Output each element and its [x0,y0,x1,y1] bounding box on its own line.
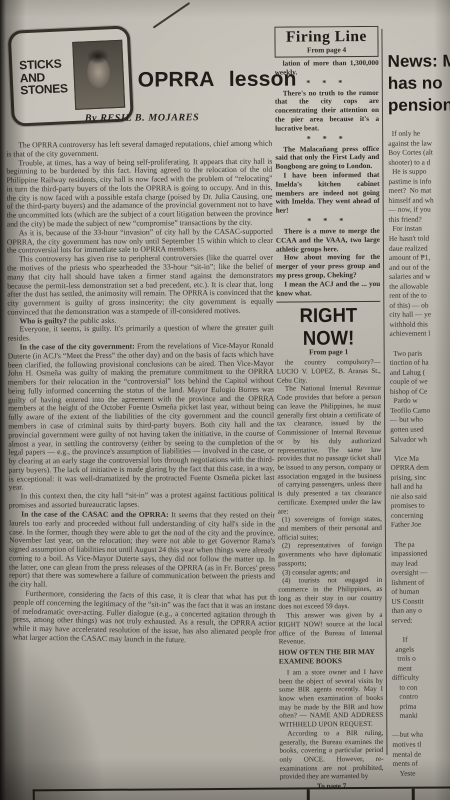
news-body-line: hall and ha [391,482,450,492]
stamp-title: STICKSANDSTONES [19,57,68,97]
news-body-line: himself and wh [389,195,450,205]
news-body-line: difficulty [392,673,450,683]
columnist-photo [72,40,125,110]
news-body-line: lishment of [391,577,450,587]
paragraph-text: Everyone, it seems, is guilty. It's prim… [8,323,274,343]
news-body-line: couple of we [390,377,450,387]
news-body-line: meet? No mat [389,186,450,196]
paragraph-text: From the revelations of Vice-Mayor Ronal… [8,341,275,492]
news-body-line: served: [392,615,450,625]
right-now-item: According to a BIR ruling, generally, th… [279,729,383,782]
news-body-line: The pa [391,539,450,549]
news-body-line: prising, sinc [391,472,450,482]
news-body-line: to con [392,682,450,692]
paragraph-text: Trouble, at times, has a way of being se… [6,156,272,228]
news-body-line: of human [391,587,450,597]
news-body-line: this friend? [389,214,450,224]
news-body-line: OPRRA dem [390,462,450,472]
news-body-line: angels [392,644,450,654]
article-paragraph: In the case of the CASAC and the OPRRA:I… [9,510,275,590]
news-body-line: shooter) to a d [388,157,450,167]
right-now-item: (1) sovereigns of foreign states, and me… [278,515,382,542]
right-now-title: RIGHT NOW! [276,304,380,350]
stamp-title-line: STONES [20,82,68,97]
news-body-line: manki [392,711,450,721]
news-body-line: bishop of Ce [390,386,450,396]
sticks-and-stones-stamp: STICKSANDSTONES [8,25,134,126]
news-body-line: Teofilo Camo [390,405,450,415]
news-body-line: amount of ₱1, [389,252,450,262]
article-paragraph: As it is, because of the 33-hour “invasi… [7,227,273,255]
news-body-line: Salvador wh [390,434,450,444]
news-body-line: pastime is info [388,176,450,186]
news-body-line: promises to [391,501,450,511]
news-body-line: — now, if you [389,205,450,215]
paragraph-text: Furthermore, considering the facts of th… [13,589,277,644]
news-body-line: — but who [390,415,450,425]
firing-line-header: Firing Line From page 4 [274,26,378,58]
news-body-line: Vice Ma [390,453,450,463]
news-headline-line: pensiona [388,94,450,116]
news-headline-line: News: M [388,50,450,72]
right-now-body: the country compulsory?—LUCIO V. LOPEZ, … [277,358,384,788]
news-body-line: motives tl [392,739,450,749]
firing-line-continued-from: From page 4 [276,45,378,55]
right-now-item: The National Internal Revenue Code provi… [277,384,382,516]
firing-line-item: There is a move to merge the CCAA and th… [276,227,380,254]
article-paragraph: In the case of the city government:From … [8,342,275,493]
news-body-line: of this) — ob [389,300,450,310]
right-now-item: HOW OFTEN THE BIR MAY EXAMINE BOOKS [279,648,383,667]
news-body-line [392,720,450,730]
news-body-line: He is suppo [388,167,450,177]
article-headline: OPRRA lesson [138,67,297,92]
news-body-line: than any o [391,606,450,616]
news-headline-line: has no [388,72,450,94]
news-body-line: the allowable [389,281,450,291]
news-body-line: and out of the [389,262,450,272]
newspaper-page: STICKSANDSTONES OPRRA lesson By RESIL B.… [0,0,450,800]
news-body-line: Yeste [393,768,450,778]
news-body-line [391,529,450,539]
news-body-line: gotten used [390,424,450,434]
news-body-line: Two paris [390,348,450,358]
news-body: If only heagainst the lawBoy Cortes (alt… [388,128,450,778]
news-body-line: contro [392,692,450,702]
news-body-line: ment [392,663,450,673]
firing-line-item: lation of more than 1,300,000 weekly. [275,59,379,77]
firing-line-item: The Malacañang press office said that on… [275,144,379,171]
news-body-line: daue realized [389,243,450,253]
news-body-line: city hall — ye [389,310,450,320]
news-body-line: impassioned [391,548,450,558]
article-paragraph: In this context then, the city hall “sit… [9,491,275,510]
news-body-line: and Lahug ( [390,367,450,377]
news-body-line: —but wha [392,730,450,740]
right-now-item: (2) representatives of foreign governmen… [278,541,382,568]
firing-line-item: * * * [275,133,379,144]
bottom-ad-divider [307,789,310,800]
news-body-line: Pardo w [390,396,450,406]
article-paragraph: This controversy has given rise to perip… [7,254,273,317]
firing-line-body: lation of more than 1,300,000 weekly.* *… [275,59,381,298]
bottom-ad-border [33,786,450,800]
news-body-line [390,338,450,348]
firing-line-item: * * * [276,216,380,227]
paragraph-text: As it is, because of the 33-hour “invasi… [7,226,273,254]
news-body-line: concerning [391,510,450,520]
news-body-line: withhold this [389,319,450,329]
article-body: The OPRRA controversy has left several d… [6,140,277,792]
news-body-line [392,625,450,635]
news-body-line: oversight — [391,568,450,578]
bottom-ad-divider [412,789,415,800]
article-paragraph: Furthermore, considering the facts of th… [13,589,277,646]
firing-line-item: I have been informed that Imelda's kitch… [275,171,379,216]
page-curl-mark [153,2,190,28]
news-body-line: rent of the to [389,291,450,301]
news-body-line: mental de [392,749,450,759]
news-body-line: may lead [391,558,450,568]
news-body-line: nie also said [391,491,450,501]
page-content: STICKSANDSTONES OPRRA lesson By RESIL B.… [0,0,450,800]
paragraph-text: It seems that they rested on their laure… [9,510,275,589]
middle-column: Firing Line From page 4 lation of more t… [274,26,383,789]
paragraph-text: In this context then, the city hall “sit… [9,490,275,510]
firing-line-title: Firing Line [275,28,377,46]
news-body-line: For instan [389,224,450,234]
firing-line-item: * * * [275,78,379,89]
news-body-line: If [392,634,450,644]
news-body-line: Boy Cortes (alt [388,147,450,157]
news-body-line: trols o [392,653,450,663]
news-body-line: tinction of ha [390,357,450,367]
right-now-item: (4) tourists not engaged in commerce in … [278,576,382,612]
right-now-item: the country compulsory?—LUCIO V. LOPEZ, … [277,358,381,385]
news-body-line: He hasn't told [389,233,450,243]
paragraph-text: This controversy has given rise to perip… [7,253,273,317]
firing-line-item: I mean the ACJ and the ... you know what… [276,280,380,298]
news-body-line: achievement l [390,329,450,339]
right-now-item: This answer was given by a RIGHT NOW! so… [278,611,382,647]
article-paragraph: Trouble, at times, has a way of being se… [6,157,272,229]
right-now-item: I am a store owner and I have been the o… [279,668,383,730]
news-body-line: against the law [388,138,450,148]
firing-line-item: There's no truth to the rumor that the c… [275,89,379,134]
news-body-line [390,443,450,453]
news-column: News: Mhas nopensiona If only heagainst … [388,50,450,778]
news-body-line: US Constit [391,596,450,606]
firing-line-item: How about moving for the merger of your … [276,253,380,280]
news-body-line: Father Joe [391,520,450,530]
news-body-line: ments of [393,758,450,768]
news-body-line: prima [392,701,450,711]
news-headline: News: Mhas nopensiona [388,50,450,116]
news-body-line: salaries and w [389,272,450,282]
article-byline: By RESIL B. MOJARES [0,112,286,125]
news-body-line: If only he [388,128,450,138]
